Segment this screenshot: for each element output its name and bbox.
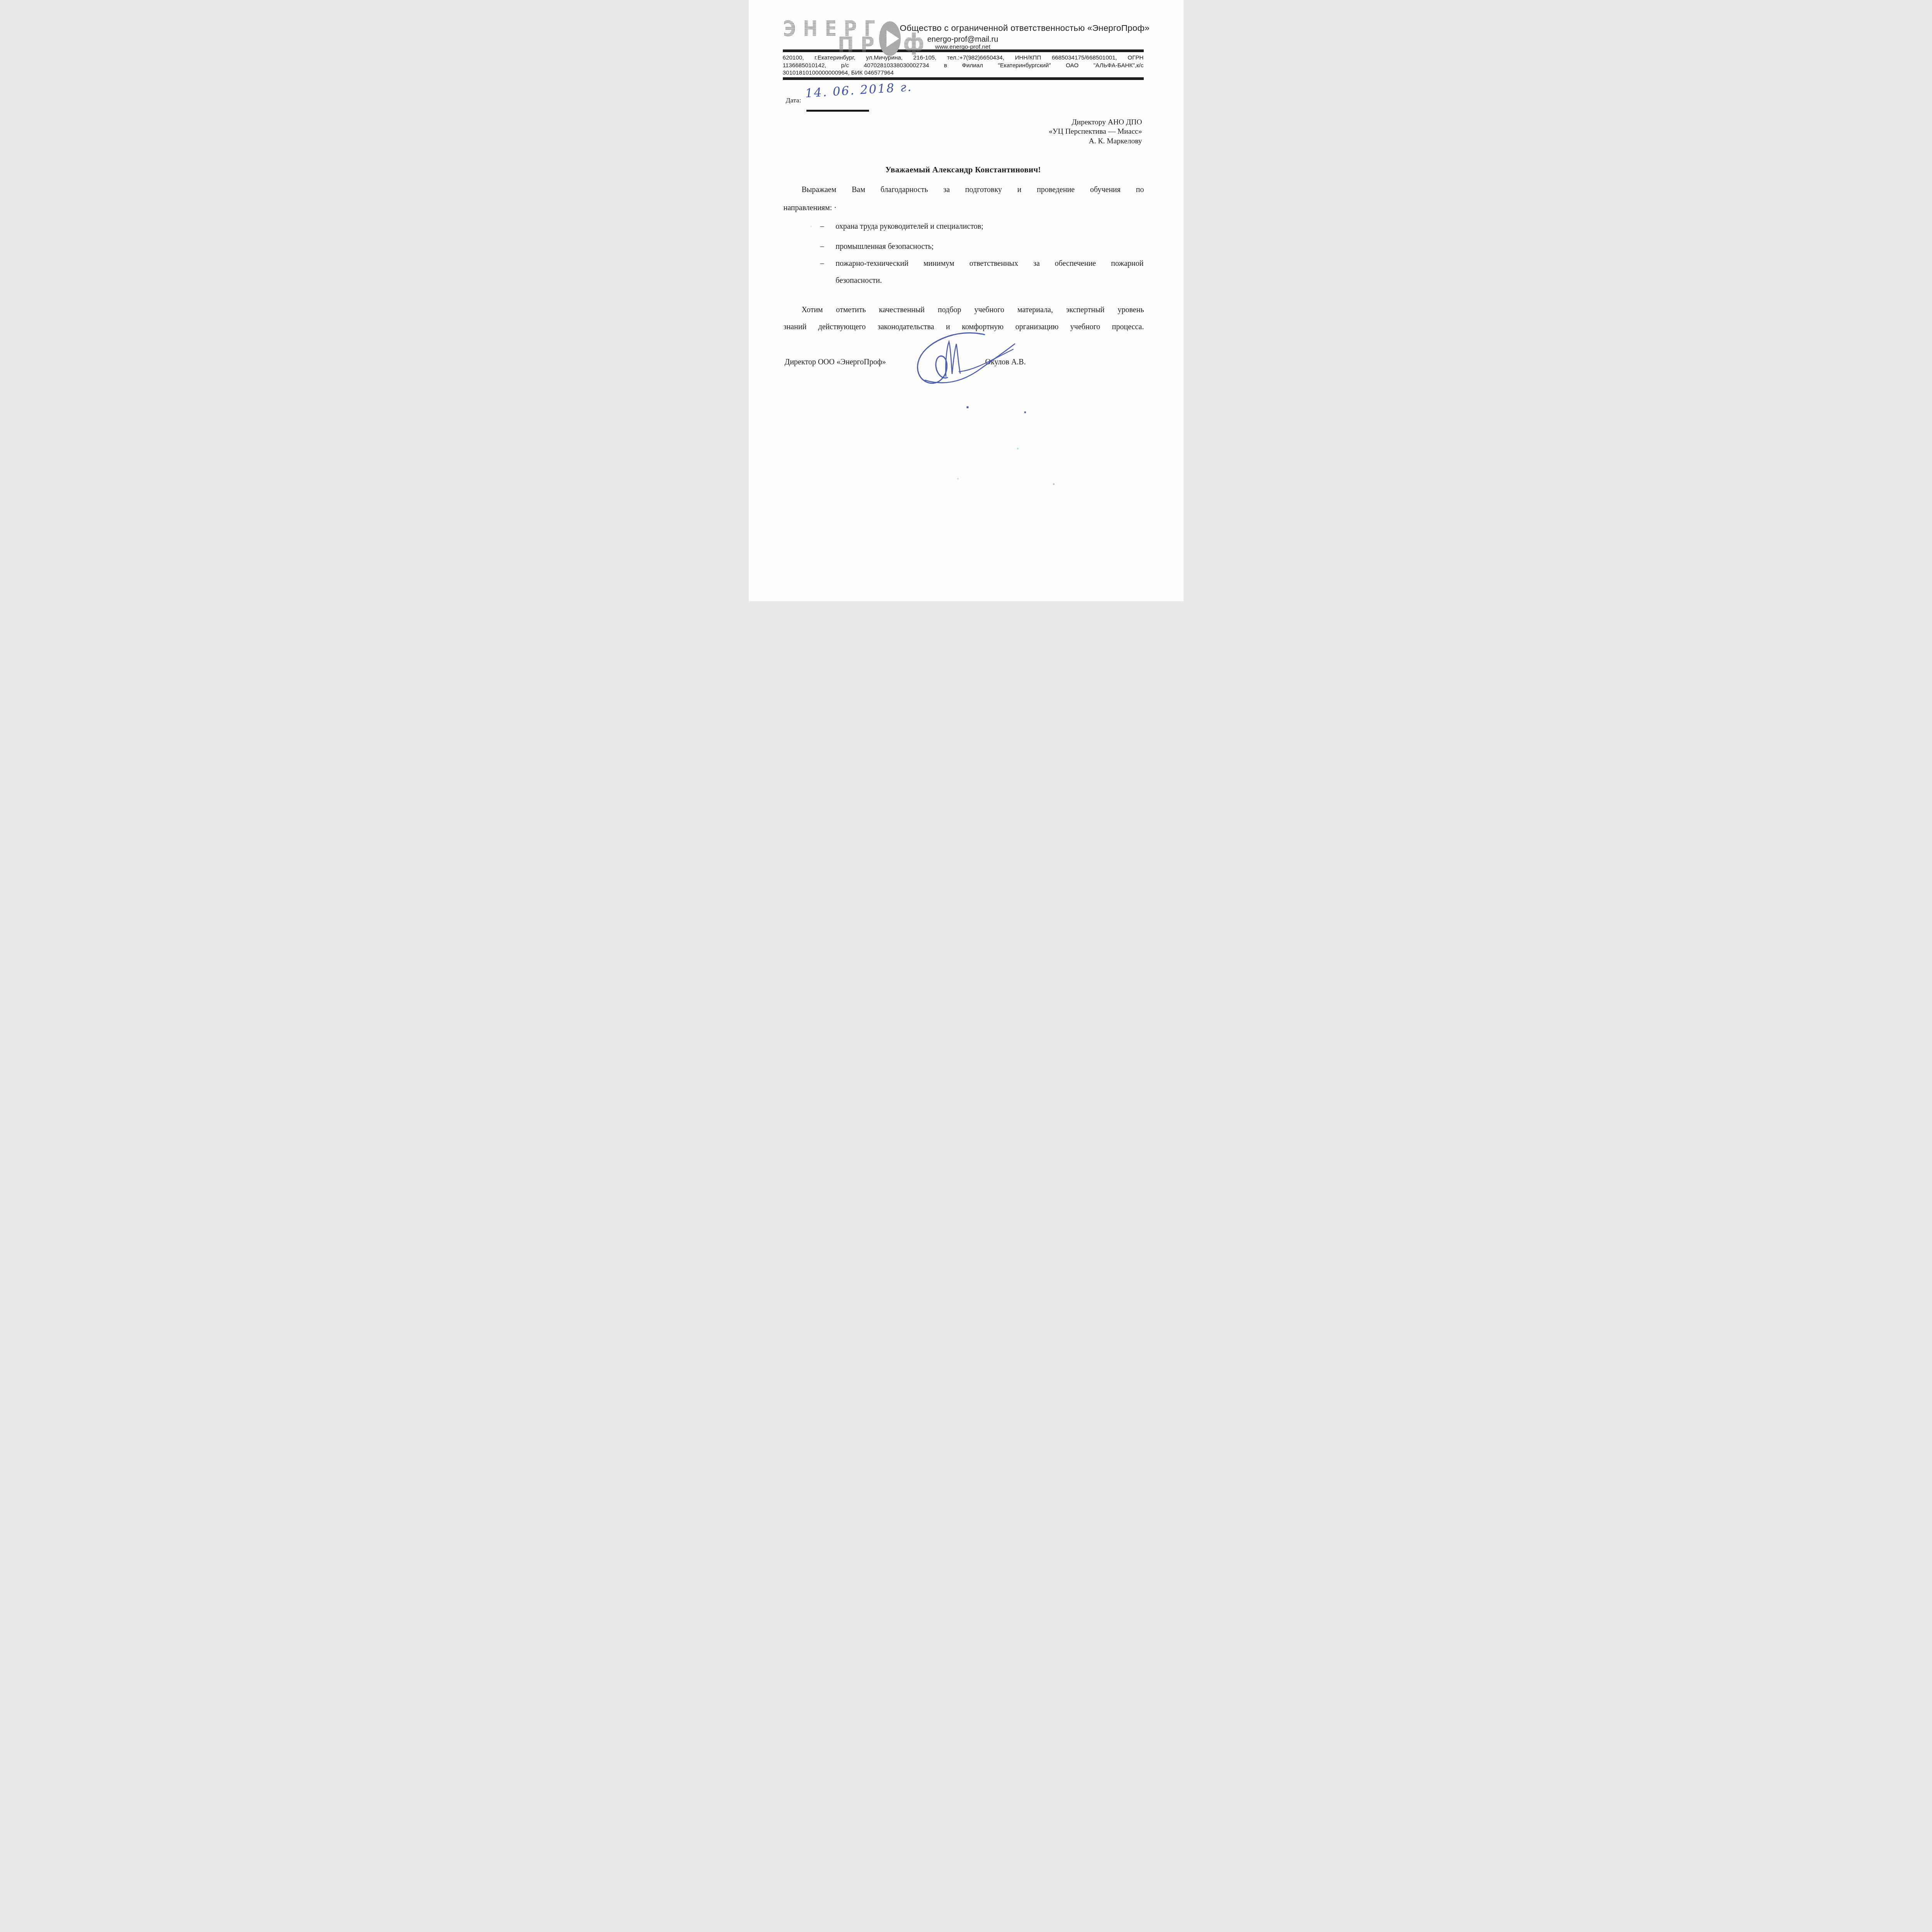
logo-play-icon: [878, 20, 902, 57]
addressee-line-3: А. К. Маркелову: [1049, 137, 1142, 146]
company-email: energo-prof@mail.ru: [921, 35, 1005, 44]
addressee-line-2: «УЦ Перспектива — Миасс»: [1049, 127, 1142, 136]
list-item: – промышленная безопасность;: [783, 243, 1144, 251]
list-item-text-line-1: пожарно-технический минимум ответственны…: [836, 260, 1144, 277]
list-item-text: промышленная безопасность;: [836, 243, 1144, 251]
paragraph-1-line-2: направлениям: ·: [784, 204, 1144, 222]
letter-page: ЭНЕРГ ПР ф Общество с ограниченной ответ…: [749, 0, 1184, 601]
addressee-line-1: Директору АНО ДПО: [1049, 118, 1142, 127]
salutation: Уважаемый Александр Константинович!: [783, 165, 1144, 175]
requisites-line-1: 620100, г.Екатеринбург, ул.Мичурина, 216…: [783, 54, 1144, 62]
letterhead-bottom-rule: [783, 77, 1144, 80]
list-item: – пожарно-технический минимум ответствен…: [783, 260, 1144, 294]
signature-title: Директор ООО «ЭнергоПроф»: [785, 358, 886, 367]
signature-ink: [903, 332, 1019, 389]
date-handwritten-value: 14. 06. 2018 г.: [804, 80, 912, 100]
paragraph-2-line-1: Хотим отметить качественный подбор учебн…: [784, 306, 1144, 323]
list-item: – охрана труда руководителей и специалис…: [783, 223, 1144, 231]
list-item-text-line-2: безопасности.: [836, 277, 1144, 294]
paragraph-1-line-1: Выражаем Вам благодарность за подготовку…: [784, 186, 1144, 204]
list-item-text: охрана труда руководителей и специалисто…: [836, 223, 1144, 231]
requisites-line-2: 1136685010142, р/с 40702810338030002734 …: [783, 62, 1144, 70]
list-item-text: пожарно-технический минимум ответственны…: [836, 260, 1144, 294]
logo-word-pr: ПР: [838, 34, 881, 55]
date-underline: [806, 110, 869, 112]
scan-noise-specks: [749, 0, 750, 1]
requisites-line-3: 30101810100000000964, БИК 046577964: [783, 69, 1144, 77]
company-name: Общество с ограниченной ответственностью…: [900, 23, 1150, 33]
list-item-dash: –: [820, 223, 824, 231]
date-label: Дата:: [786, 96, 801, 104]
list-item-dash: –: [820, 260, 824, 268]
paragraph-1: Выражаем Вам благодарность за подготовку…: [784, 186, 1144, 222]
list-item-dash: –: [820, 243, 824, 251]
letterhead-top-rule: [783, 49, 1144, 52]
logo-letter-f: ф: [903, 31, 925, 55]
addressee-block: Директору АНО ДПО «УЦ Перспектива — Миас…: [1049, 118, 1142, 146]
company-requisites: 620100, г.Екатеринбург, ул.Мичурина, 216…: [783, 54, 1144, 77]
